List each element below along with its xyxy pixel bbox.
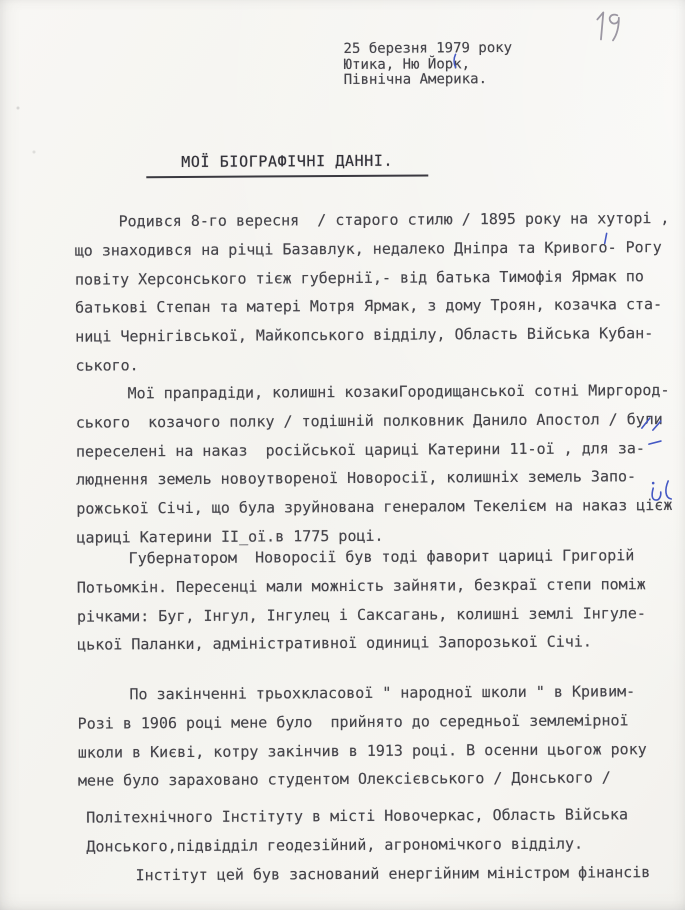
blue-ink-touchup-icon xyxy=(451,53,463,71)
paragraph-education: По закінченні трьохкласової " народної ш… xyxy=(77,677,684,796)
text-line: ського козачого полку / тодішній полковн… xyxy=(76,405,682,437)
text-line: Розі в 1906 році мене було прийнято до с… xyxy=(78,706,684,738)
text-line: мене було зараховано студентом Олексієвс… xyxy=(78,763,684,795)
text-line: По закінченні трьохкласової " народної ш… xyxy=(77,677,683,709)
text-line: цької Паланки, адміністративної одиниці … xyxy=(77,627,683,659)
text-line: переселені на наказ російської цариці Ка… xyxy=(76,434,682,466)
handwritten-page-number-icon xyxy=(587,8,631,48)
paragraph-institute: Політехнічного Інстітуту в місті Новочер… xyxy=(86,800,685,890)
paragraph-ancestors: Мої прапрадіди, колишні козакиГородищанс… xyxy=(76,376,683,552)
text-line: Губернатором Новоросії був тоді фаворит … xyxy=(77,541,683,573)
text-line: школи в Києві, котру закінчив в 1913 роц… xyxy=(78,735,684,767)
text-line: Мої прапрадіди, колишні козакиГородищанс… xyxy=(76,376,682,408)
blue-tick-icon xyxy=(602,232,612,246)
dateline-continent: Північна Америка. xyxy=(344,72,513,89)
text-line: рожської Січі, що була зруйнована генера… xyxy=(76,491,682,523)
paragraph-governor: Губернатором Новоросії був тоді фаворит … xyxy=(77,541,684,660)
dateline-date: 25 березня 1979 року xyxy=(343,41,512,58)
blue-margin-checkmarks-icon xyxy=(638,415,672,451)
text-line: Політехнічного Інстітуту в місті Новочер… xyxy=(86,800,685,832)
paragraph-birth: Родився 8-го вересня / старого стилю / 1… xyxy=(74,204,681,380)
text-line: що знаходився на річці Базавлук, недалек… xyxy=(75,233,681,265)
scanned-typewritten-page: 25 березня 1979 року Ютика, Ню Йорк, Пів… xyxy=(0,0,685,910)
text-line: Донського,підвідділ геодезійний, агроном… xyxy=(86,829,685,861)
text-line: ниці Чернігівської, Майкопського відділу… xyxy=(75,319,681,351)
text-line: річками: Буг, Інгул, Інгулец і Саксагань… xyxy=(77,599,683,631)
text-line: батькові Степан та матері Мотря Ярмак, з… xyxy=(75,290,681,322)
page-content: 25 березня 1979 року Ютика, Ню Йорк, Пів… xyxy=(0,0,685,910)
text-line: повіту Херсонського тієж губернії,- від … xyxy=(75,262,681,294)
text-line: люднення земель новоутвореної Новоросії,… xyxy=(76,462,682,494)
dateline: 25 березня 1979 року Ютика, Ню Йорк, Пів… xyxy=(343,41,512,89)
blue-margin-initials-icon xyxy=(648,478,676,508)
text-line: Інстітут цей був заснований енергійним м… xyxy=(86,857,685,889)
text-line: Родився 8-го вересня / старого стилю / 1… xyxy=(74,204,680,236)
page-title: МОЇ БІОГРАФІЧНІ ДАННІ. xyxy=(146,151,428,178)
text-line: Потьомкін. Пересенці мали можність зайня… xyxy=(77,570,683,602)
